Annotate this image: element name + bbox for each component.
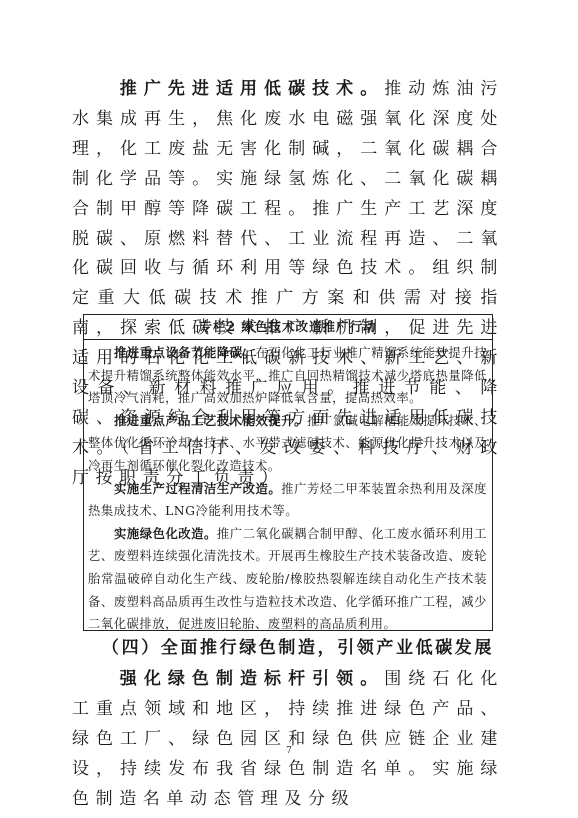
paragraph-lead: 强化绿色制造标杆引领。 [120,669,384,689]
box-item: 推进重点设备节能降碳。在石化化工行业推广精馏系统能效提升技术提升精馏系统整体能效… [88,342,487,410]
box-item: 实施绿色化改造。推广二氧化碳耦合制甲醇、化工废水循环利用工艺、废塑料连续强化清洗… [88,523,487,636]
box-item-lead: 实施绿色化改造。 [114,526,217,541]
box-item-lead: 推进重点产品工艺技术能效提升。 [114,413,307,428]
box-title: 专栏2 绿色技术改造推广行动 [84,315,492,340]
page-number: 7 [0,746,578,756]
document-page: 推广先进适用低碳技术。推动炼油污水集成再生，焦化废水电磁强氧化深度处理，化工废盐… [0,0,578,818]
box-item-body: 推广二氧化碳耦合制甲醇、化工废水循环利用工艺、废塑料连续强化清洗技术。开展再生橡… [88,527,487,631]
box-item: 推进重点产品工艺技术能效提升。推广氯碱电解槽能效提升技术、整体优化循环冷却水技术… [88,410,487,478]
box-body: 推进重点设备节能降碳。在石化化工行业推广精馏系统能效提升技术提升精馏系统整体能效… [84,340,492,636]
paragraph-body: 围绕石化化工重点领域和地区，持续推进绿色产品、绿色工厂、绿色园区和绿色供应链企业… [72,669,504,809]
section-heading: （四）全面推行绿色制造，引领产业低碳发展 [72,634,504,663]
box-item-lead: 实施生产过程清洁生产改造。 [114,481,281,496]
sidebar-box-green-tech: 专栏2 绿色技术改造推广行动 推进重点设备节能降碳。在石化化工行业推广精馏系统能… [83,314,493,631]
box-item-lead: 推进重点设备节能降碳。 [114,345,255,360]
box-item: 实施生产过程清洁生产改造。推广芳烃二甲苯装置余热利用及深度热集成技术、LNG冷能… [88,478,487,523]
paragraph-lead: 推广先进适用低碳技术。 [120,79,384,99]
paragraph-green-manufacturing: 强化绿色制造标杆引领。围绕石化化工重点领域和地区，持续推进绿色产品、绿色工厂、绿… [72,665,504,815]
